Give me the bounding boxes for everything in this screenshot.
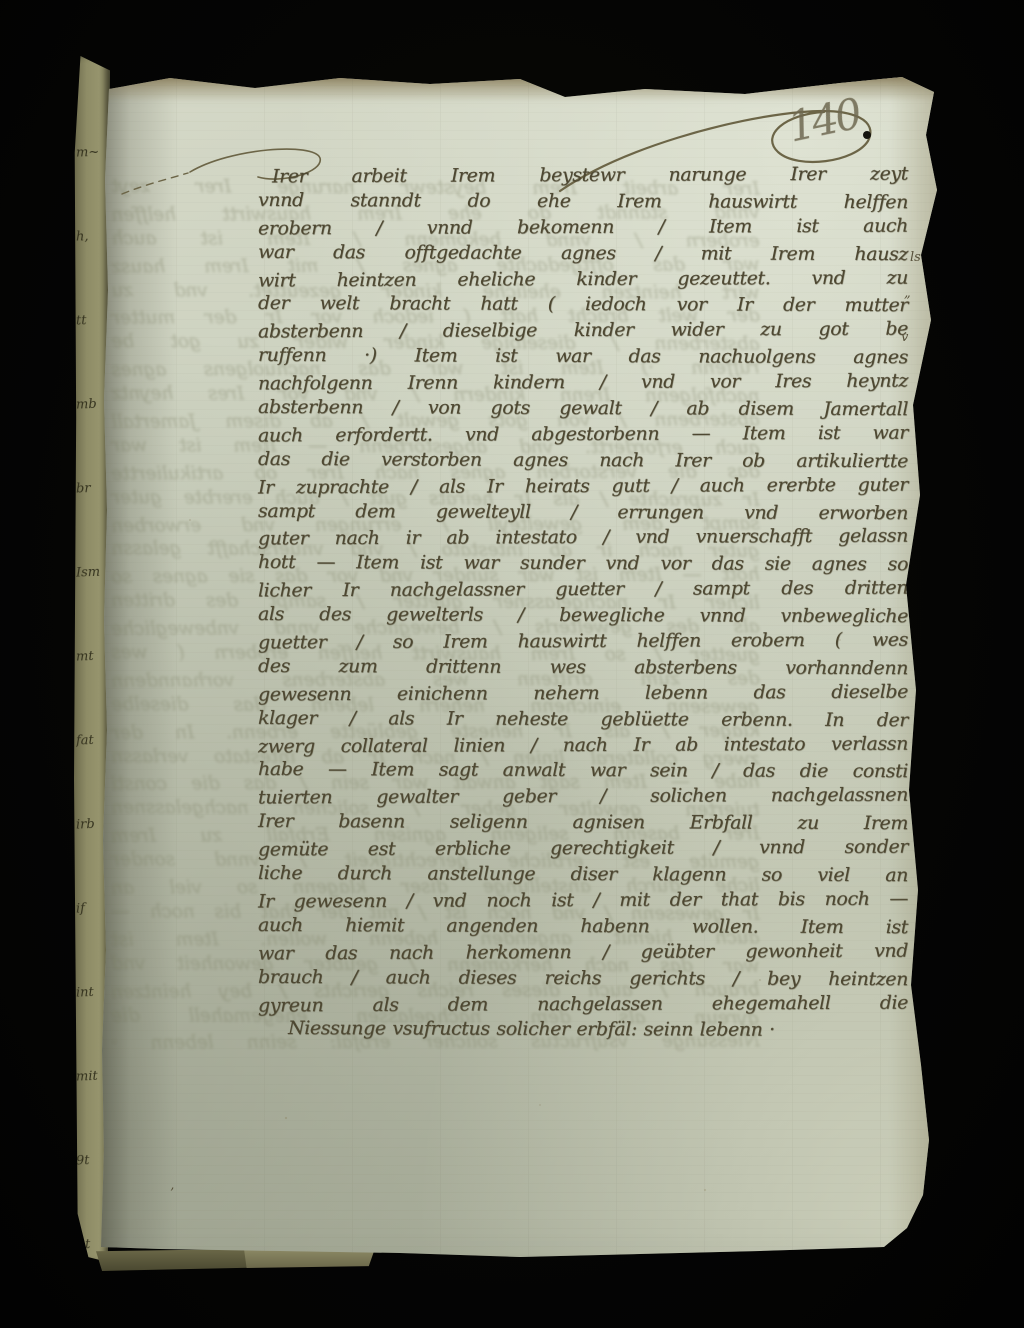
manuscript-line: des zum drittenn wes absterbens vorhannd… — [258, 654, 908, 682]
margin-mark: ’ — [897, 508, 901, 523]
edge-writing-fragment: Ism — [76, 565, 110, 579]
edge-writing-fragment: fat — [76, 733, 110, 747]
margin-mark: v — [901, 330, 908, 345]
manuscript-page: Irer arbeit Irem beystewr narunge Irer z… — [0, 0, 1024, 1328]
manuscript-line: war das offtgedachte agnes / mit Irem ha… — [258, 240, 908, 268]
manuscript-line: Niessunge vsufructus solicher erbfäl: se… — [258, 1016, 908, 1044]
manuscript-line: klager / als Ir neheste geblüette erbenn… — [258, 706, 908, 734]
margin-mark: ls — [910, 250, 921, 265]
margin-mark: ’ — [170, 1186, 174, 1201]
manuscript-line: licher Ir nachgelassner guetter / sampt … — [258, 576, 908, 605]
manuscript-line: war das nach herkomenn / geübter gewonhe… — [258, 938, 908, 967]
manuscript-line: hott — Item ist war sunder vnd vor das s… — [258, 550, 908, 578]
manuscript-line: guetter / so Irem hauswirtt helffen erob… — [258, 628, 908, 657]
manuscript-line: brauch / auch dieses reichs gerichts / b… — [258, 964, 908, 992]
manuscript-line: tuierten gewalter geber / solichen nachg… — [258, 783, 908, 812]
manuscript-line: gemüte est erbliche gerechtigkeit / vnnd… — [258, 835, 908, 864]
manuscript-text-block: Irer arbeit Irem beystewr narunge Irer z… — [258, 163, 908, 1043]
manuscript-line: zwerg collateral linien / nach Ir ab int… — [258, 731, 908, 760]
manuscript-line: nachfolgenn Irenn kindern / vnd vor Ires… — [258, 369, 908, 398]
edge-writing-fragment: tt — [76, 313, 110, 327]
photographed-manuscript-scan: m~h,ttmbbrIsmmtfatirbifintmit9tAt Irer a… — [0, 0, 1024, 1328]
manuscript-line: wirt heintzen eheliche kinder gezeuttet.… — [258, 265, 908, 294]
manuscript-line: liche durch anstellunge diser klagenn so… — [258, 861, 908, 889]
manuscript-line: absterbenn / dieselbige kinder wider zu … — [258, 317, 908, 346]
edge-writing-fragment: h, — [76, 229, 110, 243]
manuscript-line: ruffenn ·) Item ist war das nachuolgens … — [258, 343, 908, 371]
manuscript-line: auch hiemit angenden habenn wollen. Item… — [258, 913, 908, 941]
manuscript-line: absterbenn / von gots gewalt / ab disem … — [258, 395, 908, 423]
underlying-page-edge-bottom-dark — [96, 1249, 248, 1271]
manuscript-line: vnnd stanndt do ehe Irem hauswirtt helff… — [258, 188, 908, 216]
manuscript-line: guter nach ir ab intestato / vnd vnuersc… — [258, 524, 908, 553]
margin-mark: „ — [904, 286, 911, 301]
edge-writing-fragment: m~ — [76, 145, 110, 159]
edge-writing-fragment: br — [76, 481, 110, 495]
manuscript-line: Ir zuprachte / als Ir heirats gutt / auc… — [258, 472, 908, 501]
manuscript-line: habe — Item sagt anwalt war sein / das d… — [258, 757, 908, 785]
manuscript-line: Irer arbeit Irem beystewr narunge Irer z… — [258, 162, 908, 191]
manuscript-line: gewesenn einichenn nehern lebenn das die… — [258, 679, 908, 708]
manuscript-line: als des gewelterls / bewegliche vnnd vnb… — [258, 602, 908, 630]
manuscript-line: der welt bracht hatt ( iedoch vor Ir der… — [258, 291, 908, 319]
manuscript-line: auch erfordertt. vnd abgestorbenn — Item… — [258, 420, 908, 449]
manuscript-line: Irer basenn seligenn agnisen Erbfall zu … — [258, 809, 908, 837]
manuscript-line: das die verstorben agnes nach Irer ob ar… — [258, 447, 908, 475]
manuscript-line: sampt dem gewelteyll / errungen vnd erwo… — [258, 498, 908, 526]
manuscript-line: erobern / vnnd bekomenn / Item ist auch — [258, 213, 908, 242]
manuscript-line: gyreun als dem nachgelassen ehegemahell … — [258, 990, 908, 1019]
manuscript-line: Ir gewesenn / vnd noch ist / mit der tha… — [258, 887, 908, 916]
ink-dot — [863, 131, 871, 139]
